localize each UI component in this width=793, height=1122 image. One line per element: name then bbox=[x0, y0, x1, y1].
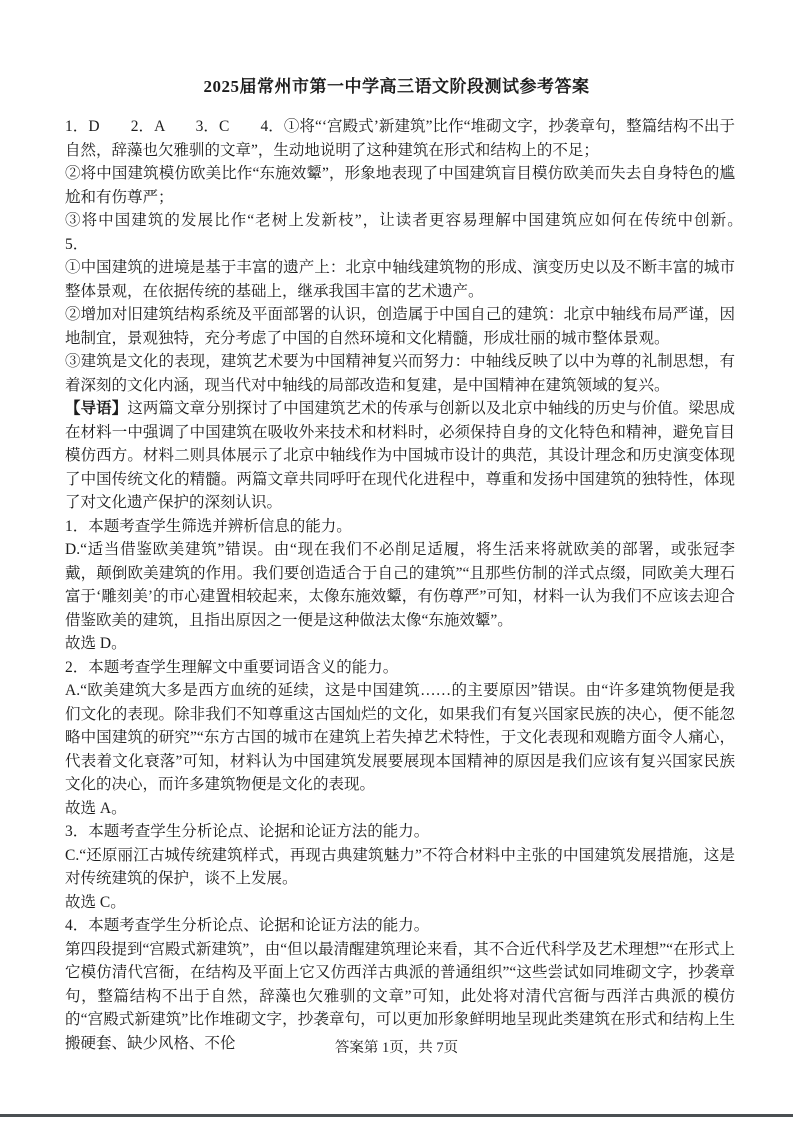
answer-body: 1．D 2．A 3．C 4．①将“‘宫殿式’新建筑”比作“堆砌文字，抄袭章句，整… bbox=[65, 115, 735, 1055]
body-paragraph-17: 4．本题考查学生分析论点、论据和论证方法的能力。 bbox=[65, 914, 735, 938]
document-page: 2025届常州市第一中学高三语文阶段测试参考答案 1．D 2．A 3．C 4．①… bbox=[0, 0, 793, 1122]
body-paragraph-4: ①中国建筑的进境是基于丰富的遗产上：北京中轴线建筑物的形成、演变历史以及不断丰富… bbox=[65, 256, 735, 303]
paragraph-text: 故选 D。 bbox=[65, 635, 127, 652]
body-paragraph-13: 故选 A。 bbox=[65, 797, 735, 821]
paragraph-text: D.“适当借鉴欧美建筑”错误。由“现在我们不必削足适履，将生活来将就欧美的部署，… bbox=[65, 541, 735, 629]
paragraph-text: ③将中国建筑的发展比作“老树上发新枝”，让读者更容易理解中国建筑应如何在传统中创… bbox=[65, 212, 782, 253]
paragraph-text: 故选 C。 bbox=[65, 894, 126, 911]
paragraph-text: 第四段提到“宫殿式新建筑”，由“但以最清醒建筑理论来看，其不合近代科学及艺术理想… bbox=[65, 941, 735, 1052]
paragraph-text: 1．本题考查学生筛选并辨析信息的能力。 bbox=[65, 518, 352, 535]
paragraph-text: 3．本题考查学生分析论点、论据和论证方法的能力。 bbox=[65, 823, 429, 840]
paragraph-text: ③建筑是文化的表现，建筑艺术要为中国精神复兴而努力：中轴线反映了以中为尊的礼制思… bbox=[65, 353, 735, 394]
body-paragraph-1: 1．D 2．A 3．C 4．①将“‘宫殿式’新建筑”比作“堆砌文字，抄袭章句，整… bbox=[65, 115, 735, 162]
page-title: 2025届常州市第一中学高三语文阶段测试参考答案 bbox=[0, 0, 793, 97]
body-paragraph-12: A.“欧美建筑大多是西方血统的延续，这是中国建筑……的主要原因”错误。由“许多建… bbox=[65, 679, 735, 797]
body-paragraph-7: 【导语】这两篇文章分别探讨了中国建筑艺术的传承与创新以及北京中轴线的历史与价值。… bbox=[65, 397, 735, 515]
paragraph-text: C.“还原丽江古城传统建筑样式，再现古典建筑魅力”不符合材料中主张的中国建筑发展… bbox=[65, 847, 735, 888]
paragraph-text: A.“欧美建筑大多是西方血统的延续，这是中国建筑……的主要原因”错误。由“许多建… bbox=[65, 682, 735, 793]
body-paragraph-11: 2．本题考查学生理解文中重要词语含义的能力。 bbox=[65, 656, 735, 680]
body-paragraph-10: 故选 D。 bbox=[65, 632, 735, 656]
paragraph-text: 故选 A。 bbox=[65, 800, 127, 817]
body-paragraph-14: 3．本题考查学生分析论点、论据和论证方法的能力。 bbox=[65, 820, 735, 844]
body-paragraph-3: ③将中国建筑的发展比作“老树上发新枝”，让读者更容易理解中国建筑应如何在传统中创… bbox=[65, 209, 735, 256]
body-paragraph-16: 故选 C。 bbox=[65, 891, 735, 915]
paragraph-text: ①中国建筑的进境是基于丰富的遗产上：北京中轴线建筑物的形成、演变历史以及不断丰富… bbox=[65, 259, 735, 300]
body-paragraph-6: ③建筑是文化的表现，建筑艺术要为中国精神复兴而努力：中轴线反映了以中为尊的礼制思… bbox=[65, 350, 735, 397]
body-paragraph-2: ②将中国建筑模仿欧美比作“东施效颦”，形象地表现了中国建筑盲目模仿欧美而失去自身… bbox=[65, 162, 735, 209]
body-paragraph-5: ②增加对旧建筑结构系统及平面部署的认识，创造属于中国自己的建筑：北京中轴线布局严… bbox=[65, 303, 735, 350]
body-paragraph-9: D.“适当借鉴欧美建筑”错误。由“现在我们不必削足适履，将生活来将就欧美的部署，… bbox=[65, 538, 735, 632]
paragraph-lead-label: 【导语】 bbox=[65, 400, 127, 417]
page-number-footer: 答案第 1页，共 7页 bbox=[0, 1036, 793, 1057]
paragraph-text: 1．D 2．A 3．C 4．①将“‘宫殿式’新建筑”比作“堆砌文字，抄袭章句，整… bbox=[65, 118, 735, 159]
paragraph-text: 2．本题考查学生理解文中重要词语含义的能力。 bbox=[65, 659, 398, 676]
body-paragraph-15: C.“还原丽江古城传统建筑样式，再现古典建筑魅力”不符合材料中主张的中国建筑发展… bbox=[65, 844, 735, 891]
scan-edge-bar bbox=[0, 1114, 793, 1117]
paragraph-text: 这两篇文章分别探讨了中国建筑艺术的传承与创新以及北京中轴线的历史与价值。梁思成在… bbox=[65, 400, 735, 511]
paragraph-text: ②增加对旧建筑结构系统及平面部署的认识，创造属于中国自己的建筑：北京中轴线布局严… bbox=[65, 306, 735, 347]
paragraph-text: 4．本题考查学生分析论点、论据和论证方法的能力。 bbox=[65, 917, 429, 934]
paragraph-text: ②将中国建筑模仿欧美比作“东施效颦”，形象地表现了中国建筑盲目模仿欧美而失去自身… bbox=[65, 165, 735, 206]
body-paragraph-8: 1．本题考查学生筛选并辨析信息的能力。 bbox=[65, 515, 735, 539]
